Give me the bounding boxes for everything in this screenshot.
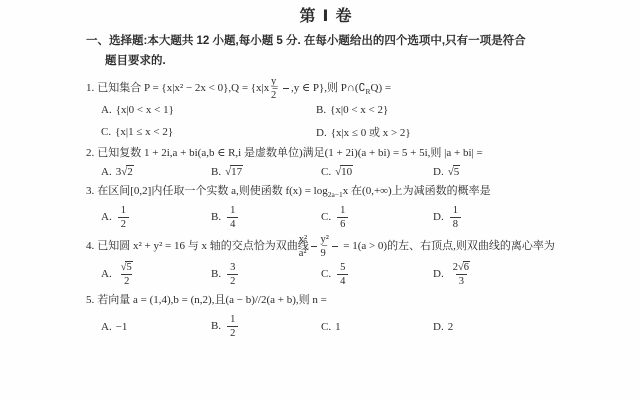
option-label: A.	[101, 166, 112, 178]
section-header: 一、选择题:本大题共 12 小题,每小题 5 分. 在每小题给出的四个选项中,只…	[86, 32, 572, 72]
option-text: 18	[448, 211, 463, 223]
question-2-number: 2.	[86, 147, 94, 159]
option-text: 12	[116, 211, 131, 223]
question-4-option-a: A.√52	[101, 262, 211, 287]
question-3-option-d: D.18	[433, 205, 572, 230]
option-label: D.	[433, 211, 444, 223]
question-5-option-b: B.12	[211, 314, 321, 339]
option-label: C.	[321, 211, 331, 223]
question-5-option-c: C.1	[321, 321, 433, 333]
question-2-option-c: C.√10	[321, 166, 433, 178]
option-text: {x|x ≤ 0 或 x > 2}	[331, 127, 411, 139]
question-5-option-d: D.2	[433, 321, 572, 333]
question-5-number: 5.	[86, 294, 94, 306]
question-5-stem: 5.若向量 a = (1,4),b = (n,2),且(a − b)//2(a …	[86, 291, 572, 311]
option-text: −1	[116, 321, 128, 333]
question-2: 2.已知复数 1 + 2i,a + bi(a,b ∈ R,i 是虚数单位)满足(…	[86, 144, 572, 179]
option-text: 3√2	[116, 165, 134, 178]
option-text: 14	[225, 211, 240, 223]
option-text: 2	[448, 321, 454, 333]
question-1-text: 已知集合 P = {x|x² − 2x < 0},Q = {x|x = y2,y…	[97, 82, 391, 94]
option-text: 32	[225, 268, 240, 280]
option-label: D.	[433, 166, 444, 178]
question-3-option-a: A.12	[101, 205, 211, 230]
option-label: C.	[101, 126, 111, 138]
question-3-number: 3.	[86, 185, 94, 197]
question-5-options: A.−1 B.12 C.1 D.2	[101, 314, 572, 339]
question-5: 5.若向量 a = (1,4),b = (n,2),且(a − b)//2(a …	[86, 291, 572, 339]
question-1-option-c: C.{x|1 ≤ x < 2}	[101, 126, 316, 138]
question-1-options: A.{x|0 < x < 1} B.{x|0 < x < 2} C.{x|1 ≤…	[101, 104, 572, 140]
option-text: 1	[335, 321, 341, 333]
option-label: C.	[321, 268, 331, 280]
question-3-text: 在区间[0,2]内任取一个实数 a,则使函数 f(x) = log2a−1x 在…	[97, 185, 490, 197]
option-text: 2√63	[448, 268, 475, 280]
question-1-number: 1.	[86, 82, 94, 94]
question-2-text: 已知复数 1 + 2i,a + bi(a,b ∈ R,i 是虚数单位)满足(1 …	[97, 147, 482, 159]
option-label: A.	[101, 211, 112, 223]
question-1-option-a: A.{x|0 < x < 1}	[101, 104, 316, 116]
option-text: {x|0 < x < 2}	[330, 104, 388, 116]
option-label: B.	[316, 104, 326, 116]
question-1-option-d: D.{x|x ≤ 0 或 x > 2}	[316, 124, 572, 140]
option-label: B.	[211, 268, 221, 280]
option-label: D.	[433, 268, 444, 280]
option-label: A.	[101, 321, 112, 333]
question-2-stem: 2.已知复数 1 + 2i,a + bi(a,b ∈ R,i 是虚数单位)满足(…	[86, 144, 572, 164]
option-label: B.	[211, 166, 221, 178]
option-label: D.	[433, 321, 444, 333]
option-text: √52	[116, 268, 138, 280]
option-text: √10	[335, 165, 353, 178]
question-1: 1.已知集合 P = {x|x² − 2x < 0},Q = {x|x = y2…	[86, 76, 572, 140]
question-3-stem: 3.在区间[0,2]内任取一个实数 a,则使函数 f(x) = log2a−1x…	[86, 182, 572, 202]
question-3-option-c: C.16	[321, 205, 433, 230]
question-4-stem: 4.已知圆 x² + y² = 16 与 x 轴的交点恰为双曲线x²a² − y…	[86, 234, 572, 259]
option-label: C.	[321, 166, 331, 178]
question-2-option-d: D.√5	[433, 166, 572, 178]
option-text: √5	[448, 165, 461, 178]
question-5-option-a: A.−1	[101, 321, 211, 333]
option-label: C.	[321, 321, 331, 333]
option-label: D.	[316, 127, 327, 139]
question-4-options: A.√52 B.32 C.54 D.2√63	[101, 262, 572, 287]
question-3-option-b: B.14	[211, 205, 321, 230]
question-4-option-b: B.32	[211, 262, 321, 287]
option-label: B.	[211, 211, 221, 223]
question-2-options: A.3√2 B.√17 C.√10 D.√5	[101, 166, 572, 178]
option-text: {x|1 ≤ x < 2}	[115, 126, 173, 138]
option-text: 16	[335, 211, 350, 223]
question-1-stem: 1.已知集合 P = {x|x² − 2x < 0},Q = {x|x = y2…	[86, 76, 572, 101]
option-label: A.	[101, 268, 112, 280]
question-2-option-b: B.√17	[211, 166, 321, 178]
option-text: 54	[335, 268, 350, 280]
question-4-number: 4.	[86, 240, 94, 252]
question-4-text: 已知圆 x² + y² = 16 与 x 轴的交点恰为双曲线x²a² − y²9…	[97, 240, 555, 252]
option-label: A.	[101, 104, 112, 116]
question-3-options: A.12 B.14 C.16 D.18	[101, 205, 572, 230]
question-1-option-b: B.{x|0 < x < 2}	[316, 104, 572, 116]
question-4: 4.已知圆 x² + y² = 16 与 x 轴的交点恰为双曲线x²a² − y…	[86, 234, 572, 287]
question-3: 3.在区间[0,2]内任取一个实数 a,则使函数 f(x) = log2a−1x…	[86, 182, 572, 230]
exam-paper-page: 第Ⅰ卷 一、选择题:本大题共 12 小题,每小题 5 分. 在每小题给出的四个选…	[0, 0, 640, 400]
option-label: B.	[211, 320, 221, 332]
question-4-option-c: C.54	[321, 262, 433, 287]
option-text: {x|0 < x < 1}	[116, 104, 174, 116]
section-header-line2: 题目要求的.	[86, 52, 572, 72]
question-2-option-a: A.3√2	[101, 166, 211, 178]
question-4-option-d: D.2√63	[433, 262, 572, 287]
option-text: 12	[225, 320, 240, 332]
question-5-text: 若向量 a = (1,4),b = (n,2),且(a − b)//2(a + …	[97, 294, 327, 306]
page-title: 第Ⅰ卷	[86, 3, 572, 26]
section-header-line1: 一、选择题:本大题共 12 小题,每小题 5 分. 在每小题给出的四个选项中,只…	[86, 32, 572, 52]
option-text: √17	[225, 165, 243, 178]
